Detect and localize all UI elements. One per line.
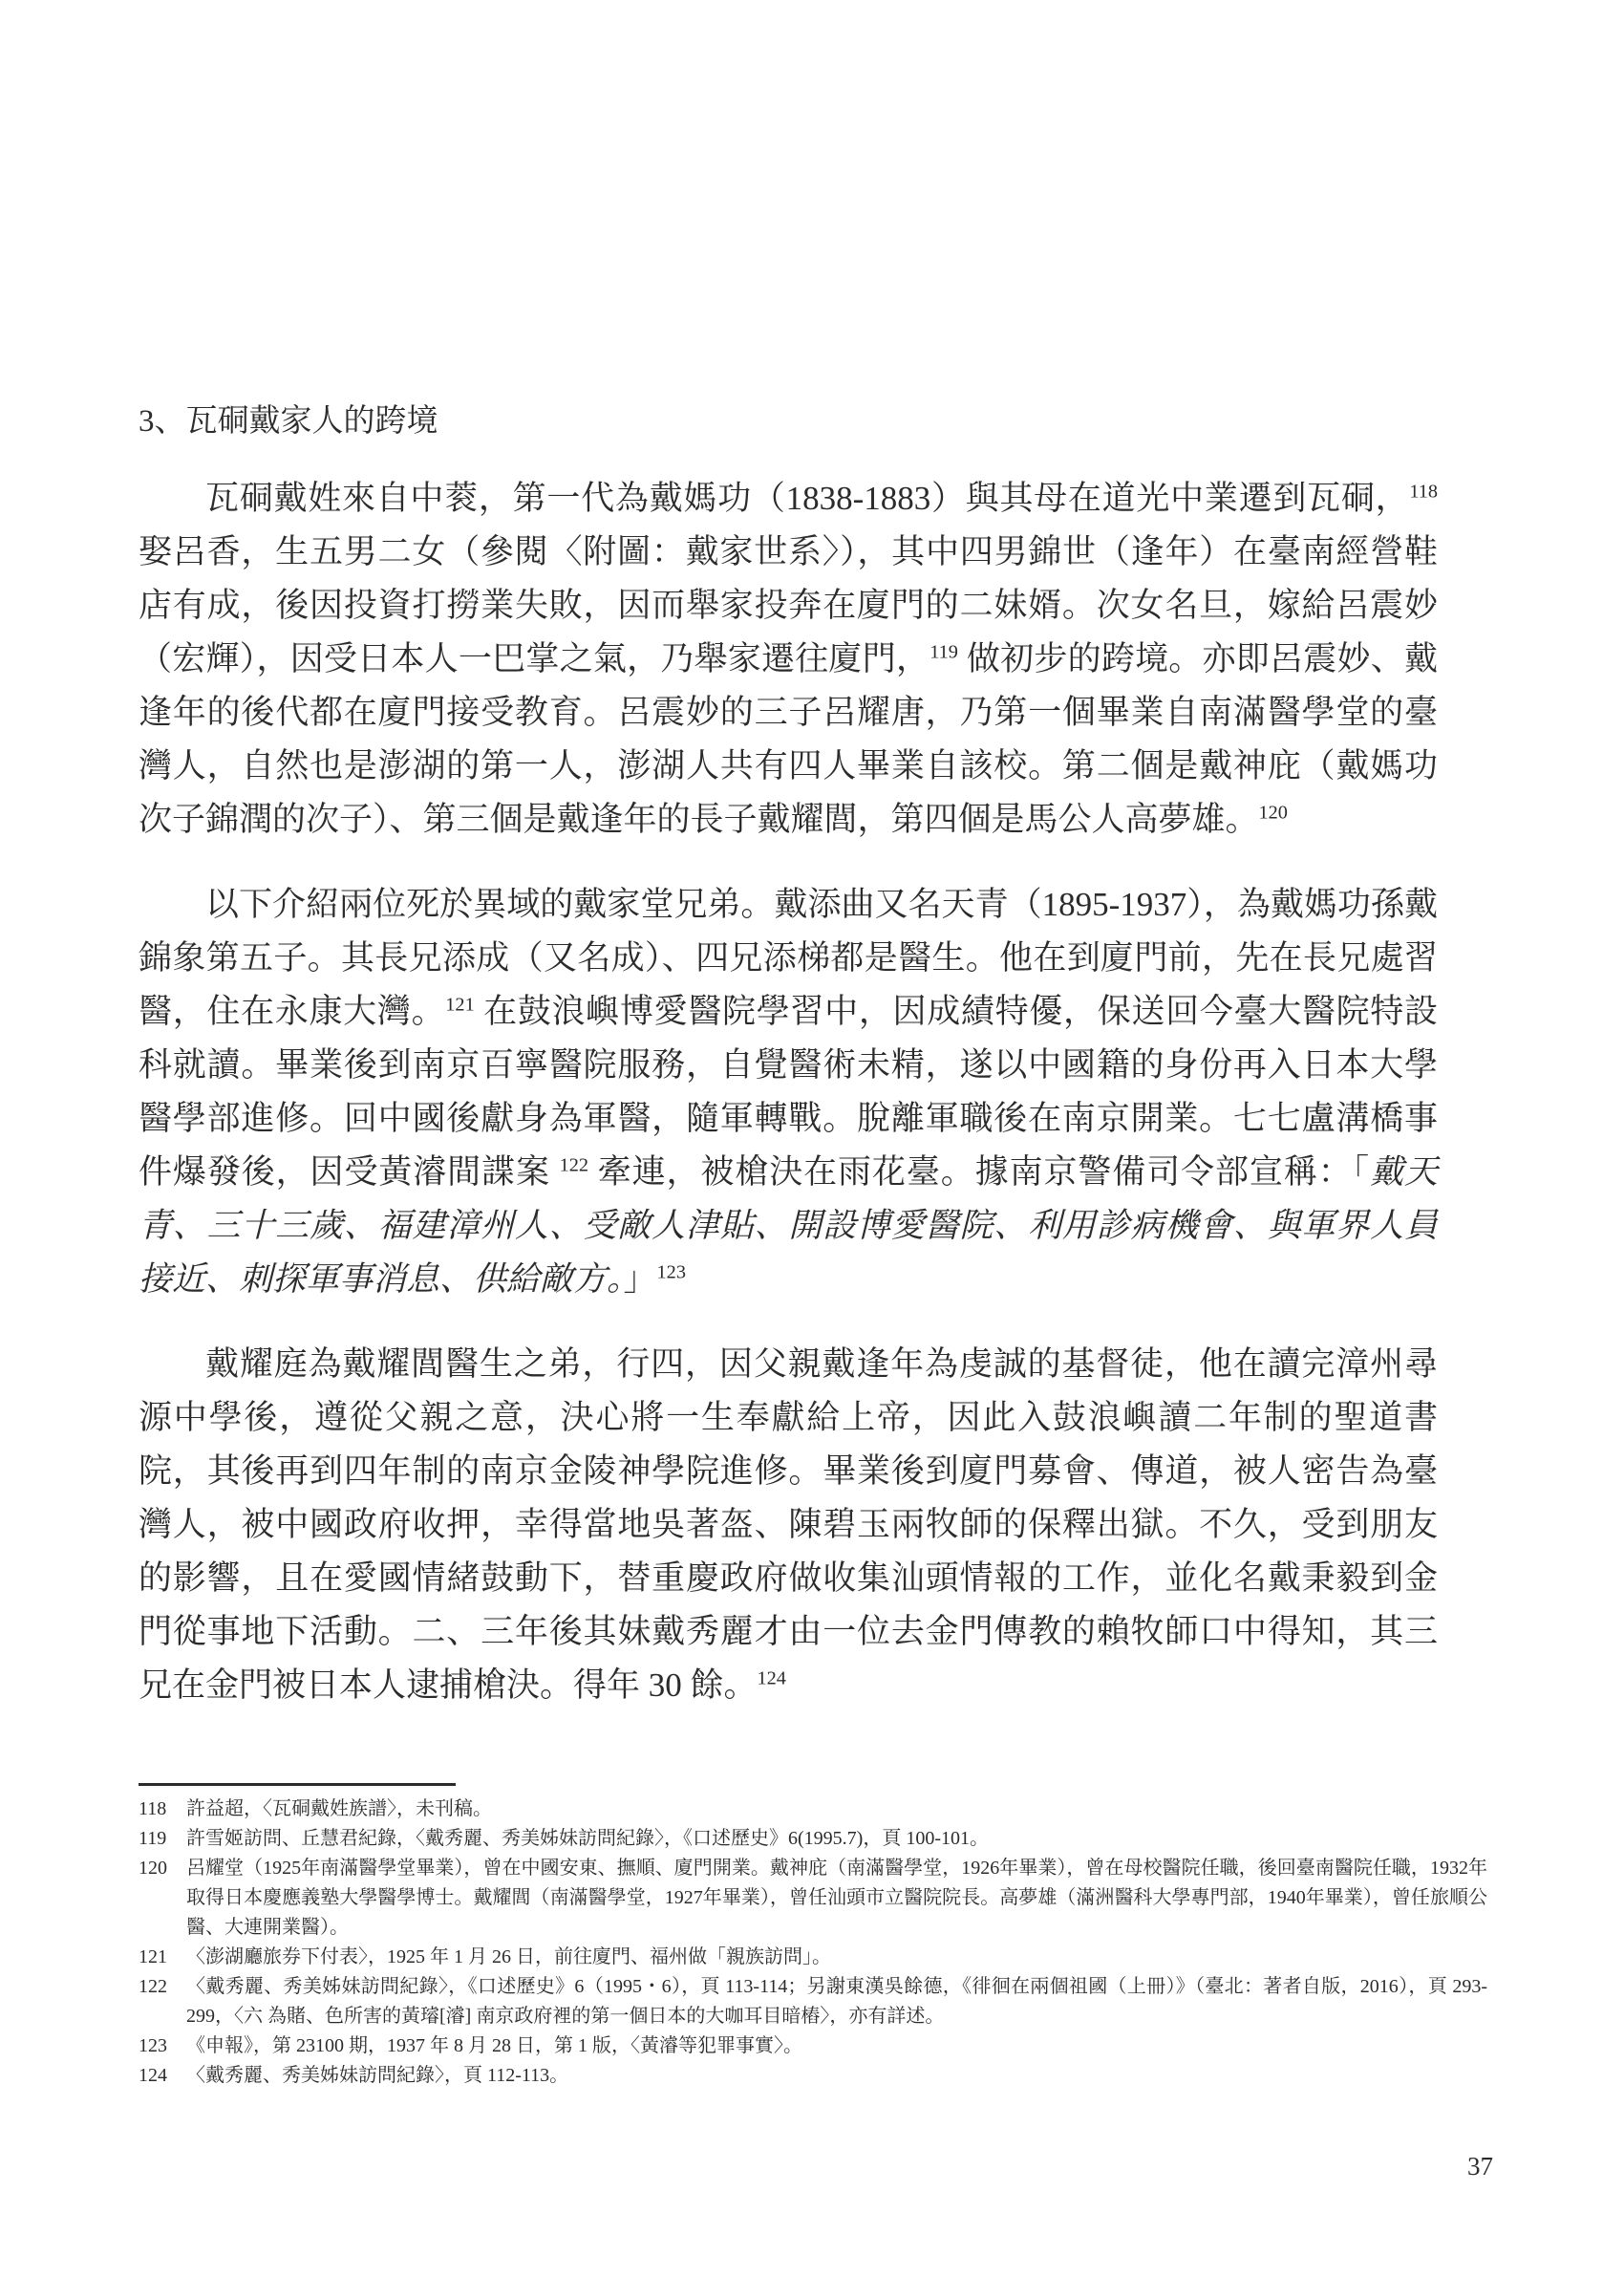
section-heading: 3、瓦硐戴家人的跨境	[139, 399, 1438, 443]
footnote-ref: 122	[560, 1154, 588, 1175]
footnote-ref: 124	[758, 1667, 786, 1688]
text-run: 瓦硐戴姓來自中蓘，第一代為戴媽功（1838-1883）與其母在道光中業遷到瓦硐，	[205, 480, 1409, 517]
page-body: 3、瓦硐戴家人的跨境 瓦硐戴姓來自中蓘，第一代為戴媽功（1838-1883）與其…	[139, 399, 1438, 1744]
footnote-item: 120 呂耀堂（1925年南滿醫學堂畢業），曾在中國安東、撫順、廈門開業。戴神庇…	[139, 1854, 1487, 1943]
footnote-item: 119 許雪姬訪問、丘慧君紀錄，〈戴秀麗、秀美姊妹訪問紀錄〉，《口述歷史》6(1…	[139, 1824, 1487, 1854]
footnote-item: 124 〈戴秀麗、秀美姊妹訪問紀錄〉，頁 112-113。	[139, 2061, 1487, 2091]
footnote-ref: 120	[1259, 802, 1288, 823]
body-paragraph-3: 戴耀庭為戴耀閭醫生之弟，行四，因父親戴逢年為虔誠的基督徒，他在讀完漳州尋源中學後…	[139, 1338, 1438, 1712]
footnote-number: 120	[139, 1854, 186, 1943]
footnote-number: 119	[139, 1824, 186, 1854]
footnote-number: 123	[139, 2031, 186, 2061]
text-run: 」	[624, 1260, 657, 1298]
footnote-item: 122 〈戴秀麗、秀美姊妹訪問紀錄〉，《口述歷史》6（1995・6），頁 113…	[139, 1972, 1487, 2031]
footnote-text: 呂耀堂（1925年南滿醫學堂畢業），曾在中國安東、撫順、廈門開業。戴神庇（南滿醫…	[186, 1854, 1487, 1943]
footnote-item: 118 許益超，〈瓦硐戴姓族譜〉，未刊稿。	[139, 1794, 1487, 1824]
body-paragraph-1: 瓦硐戴姓來自中蓘，第一代為戴媽功（1838-1883）與其母在道光中業遷到瓦硐，…	[139, 472, 1438, 847]
footnote-section: 118 許益超，〈瓦硐戴姓族譜〉，未刊稿。 119 許雪姬訪問、丘慧君紀錄，〈戴…	[139, 1783, 1487, 2091]
footnote-number: 118	[139, 1794, 186, 1824]
footnote-number: 124	[139, 2061, 186, 2091]
footnote-ref: 118	[1409, 481, 1438, 502]
footnote-text: 許益超，〈瓦硐戴姓族譜〉，未刊稿。	[186, 1794, 1487, 1824]
footnote-item: 123 《申報》，第 23100 期，1937 年 8 月 28 日，第 1 版…	[139, 2031, 1487, 2061]
footnote-text: 〈戴秀麗、秀美姊妹訪問紀錄〉，頁 112-113。	[186, 2061, 1487, 2091]
footnote-number: 122	[139, 1972, 186, 2031]
text-run: 牽連，被槍決在雨花臺。據南京警備司令部宣稱：「	[588, 1153, 1370, 1191]
footnote-item: 121 〈澎湖廳旅券下付表〉，1925 年 1 月 26 日，前往廈門、福州做「…	[139, 1943, 1487, 1972]
footnote-ref: 119	[930, 641, 958, 662]
document-page: 3、瓦硐戴家人的跨境 瓦硐戴姓來自中蓘，第一代為戴媽功（1838-1883）與其…	[0, 0, 1624, 2278]
footnote-ref: 121	[445, 994, 474, 1015]
footnote-text: 《申報》，第 23100 期，1937 年 8 月 28 日，第 1 版，〈黃濬…	[186, 2031, 1487, 2061]
body-paragraph-2: 以下介紹兩位死於異域的戴家堂兄弟。戴添曲又名天青（1895-1937），為戴媽功…	[139, 878, 1438, 1306]
footnote-text: 〈戴秀麗、秀美姊妹訪問紀錄〉，《口述歷史》6（1995・6），頁 113-114…	[186, 1972, 1487, 2031]
footnote-ref: 123	[657, 1261, 686, 1282]
footnote-text: 〈澎湖廳旅券下付表〉，1925 年 1 月 26 日，前往廈門、福州做「親族訪問…	[186, 1943, 1487, 1972]
text-run: 戴耀庭為戴耀閭醫生之弟，行四，因父親戴逢年為虔誠的基督徒，他在讀完漳州尋源中學後…	[139, 1345, 1438, 1704]
page-number: 37	[1467, 2152, 1493, 2181]
footnote-number: 121	[139, 1943, 186, 1972]
footnote-text: 許雪姬訪問、丘慧君紀錄，〈戴秀麗、秀美姊妹訪問紀錄〉，《口述歷史》6(1995.…	[186, 1824, 1487, 1854]
footnote-separator	[139, 1783, 456, 1786]
